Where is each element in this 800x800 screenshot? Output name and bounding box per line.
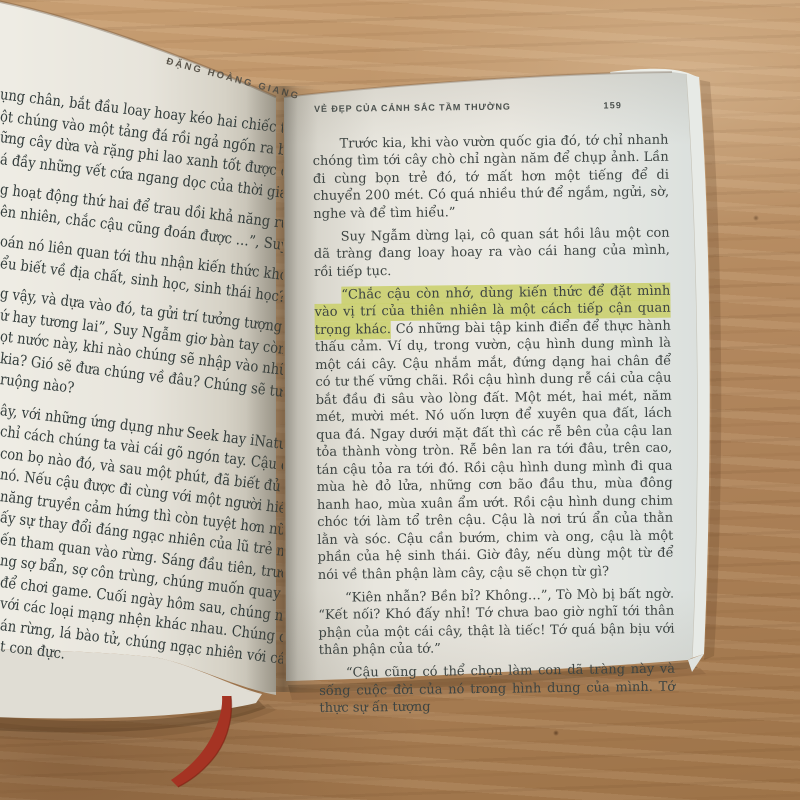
- text-line-row: ụng chân, bắt đầu loay hoay kéo hai chiế…: [0, 84, 283, 106]
- paragraph-continuation: Có những bài tập kinh điển để thực hành …: [315, 318, 674, 582]
- text-line-row: ững cây dừa và rặng phi lao xanh tốt đượ…: [0, 127, 283, 149]
- text-line-row: năng truyền cảm hứng thì còn tuyệt hơn n…: [0, 486, 283, 508]
- paragraph: “Kiên nhẫn? Bền bỉ? Không…”, Tò Mò bị bấ…: [318, 585, 675, 659]
- text-line-row: g hoạt động thứ hai để trau dồi khả năng…: [0, 179, 283, 201]
- text-line-row: nó. Nếu cậu được đi cùng với một người h…: [0, 464, 283, 486]
- text-line-row: ng sợ bẩn, sợ côn trùng, chúng muốn quay…: [0, 550, 283, 572]
- left-page-line: ruộng nào?: [0, 370, 75, 397]
- text-line-row: với các loại mạng nhện khác nhau. Chúng …: [0, 593, 283, 615]
- paragraph: Trước kia, khi vào vườn quốc gia đó, tớ …: [312, 131, 669, 223]
- text-line-row: g vậy, và dựa vào đó, ta gửi trí tưởng t…: [0, 283, 283, 305]
- gutter-shadow: [246, 86, 318, 692]
- left-page-text: ụng chân, bắt đầu loay hoay kéo hai chiế…: [0, 84, 283, 732]
- text-line-row: án rừng, lá bào tử, chúng ngạc nhiên với…: [0, 615, 283, 637]
- text-line-row: ến tham quan vào rừng. Sáng đầu tiên, tr…: [0, 529, 283, 551]
- page-number: 159: [603, 97, 622, 115]
- right-page-header: VẺ ĐẸP CỦA CẢNH SẮC TẦM THƯỜNG 159: [314, 97, 622, 118]
- chapter-title: VẺ ĐẸP CỦA CẢNH SẮC TẦM THƯỜNG: [314, 99, 511, 119]
- text-line-row: á đầy những vết cứa ngang dọc của thời g…: [0, 149, 283, 171]
- text-line-row: ứ hay tương lai”, Suy Ngẫm giơ bàn tay c…: [0, 305, 283, 327]
- text-line-row: ruộng nào?: [0, 369, 283, 391]
- paragraph: Suy Ngẫm dừng lại, cô quan sát hồi lâu m…: [314, 224, 671, 281]
- text-line-row: oán nó liên quan tới thu nhận kiến thức …: [0, 231, 283, 253]
- text-line-row: ấy sự thay đổi đáng ngạc nhiên của lũ tr…: [0, 507, 283, 529]
- left-page-line: t con đực.: [0, 637, 66, 663]
- paragraph: “Cậu cũng có thể chọn làm con dã tràng n…: [319, 661, 676, 718]
- text-line-row: t con đực.: [0, 636, 283, 658]
- book-photo-scene: ĐẶNG HOÀNG GIANG ụng chân, bắt đầu loay …: [0, 0, 800, 800]
- text-line-row: chỉ cách chúng ta vài cái gõ ngón tay. C…: [0, 421, 283, 443]
- text-line-row: ột chúng vào một tảng đá rồi ngả ngốn ra…: [0, 106, 283, 128]
- right-page-text: VẺ ĐẸP CỦA CẢNH SẮC TẦM THƯỜNG 159 Trước…: [312, 97, 676, 718]
- text-line-row: ên nhiên, chắc cậu cũng đoán được …”, Su…: [0, 201, 283, 223]
- text-line-row: kia? Gió sẽ đưa chúng về đâu? Chúng sẽ t…: [0, 348, 283, 370]
- text-line-row: ây, với những ứng dụng như Seek hay iNat…: [0, 400, 283, 422]
- text-line-row: ọt nước này, khi nào chúng sẽ nhập vào n…: [0, 326, 283, 348]
- text-line-row: để chơi game. Cuối ngày hôm sau, chúng n…: [0, 572, 283, 594]
- text-line-row: con bọ nào đó, và sau một phút, đã biết …: [0, 443, 283, 465]
- paragraph: “Chắc cậu còn nhớ, dùng kiến thức để đặt…: [314, 282, 674, 584]
- text-line-row: ểu biết về địa chất, sinh học, sinh thái…: [0, 253, 283, 275]
